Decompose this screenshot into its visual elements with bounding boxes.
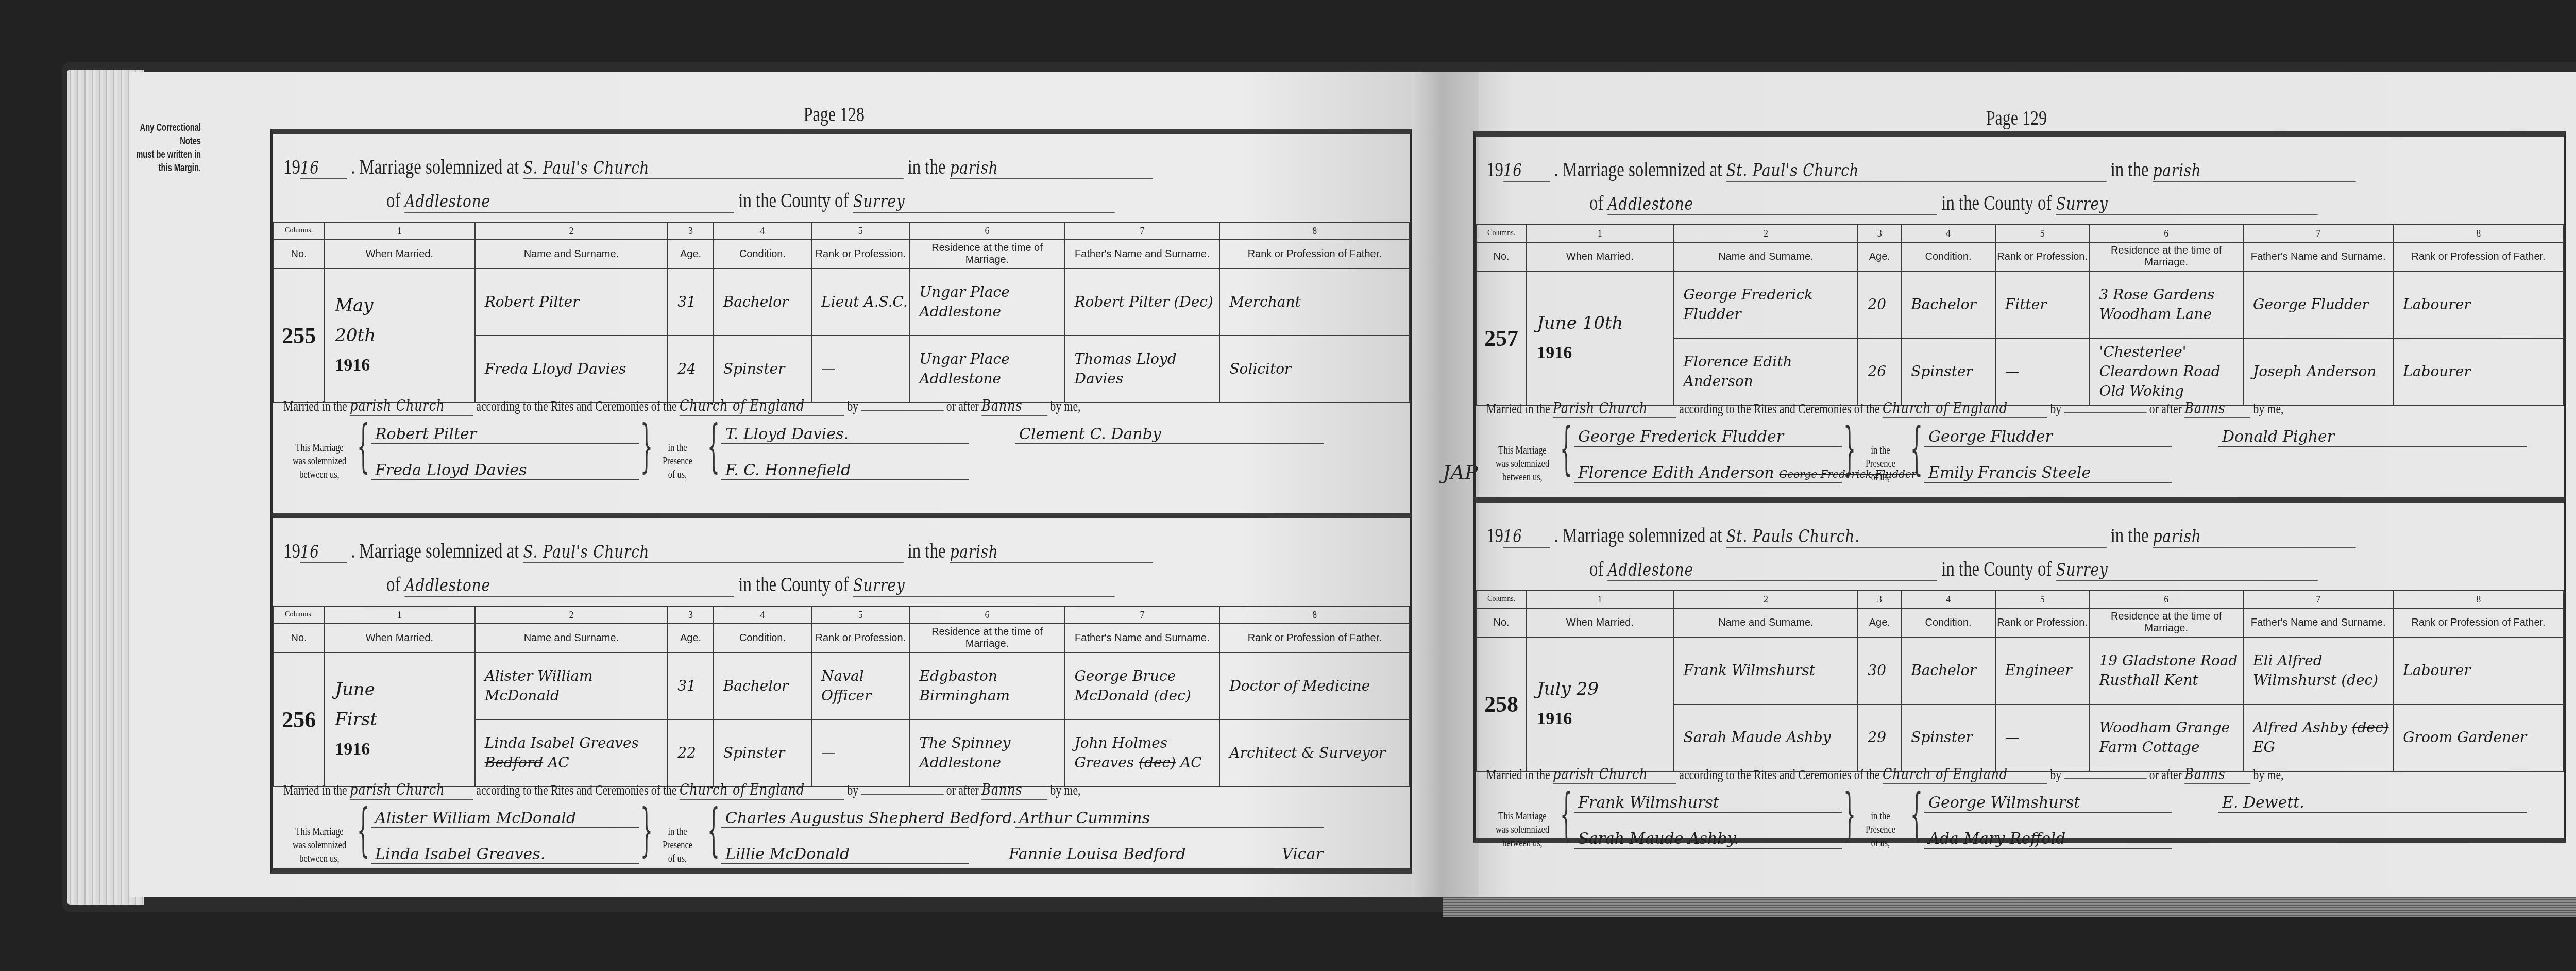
groom-signature: Alister William McDonald — [371, 809, 639, 828]
bride-residence: 'Chesterlee' Cleardown Road Old Woking — [2089, 338, 2243, 405]
groom-condition: Bachelor — [714, 269, 811, 336]
bride-father-rank: Architect & Surveyor — [1219, 719, 1410, 786]
column-number: 2 — [475, 222, 668, 240]
banns-value: Banns — [2184, 399, 2250, 418]
label-line: This Marriage — [1494, 809, 1550, 823]
column-number: Columns. — [1477, 591, 1526, 608]
correction-initials: AC — [1180, 754, 1202, 771]
entry-heading-church: 1916 . Marriage solemnized at St. Pauls … — [1486, 523, 2355, 548]
place-name: Addlestone — [1608, 194, 1938, 215]
by-label: by — [2050, 401, 2061, 416]
presence-label: in the Presence of us, — [1860, 809, 1901, 849]
married-in-label: Married in the — [283, 398, 347, 414]
label-line: Presence — [657, 838, 698, 851]
in-the-label: in the — [908, 539, 946, 562]
groom-condition: Bachelor — [714, 652, 811, 719]
column-number: 4 — [1901, 225, 1995, 242]
bride-residence: Woodham Grange Farm Cottage — [2089, 704, 2243, 771]
column-number: 2 — [1674, 591, 1858, 608]
bride-name: Sarah Maude Ashby — [1674, 704, 1858, 771]
church-name: S. Paul's Church — [523, 158, 903, 179]
bride-name: Florence Edith Anderson — [1674, 338, 1858, 405]
column-number: Columns. — [274, 606, 324, 624]
column-header: Condition. — [1901, 242, 1995, 271]
bride-rank: — — [811, 336, 909, 403]
label-line: Presence — [1860, 457, 1901, 470]
column-number-row: Columns.12345678 — [274, 222, 1410, 240]
when-married-line: 1916 — [335, 350, 474, 380]
by-licence-value — [2064, 412, 2146, 413]
marriage-entry: 1916 . Marriage solemnized at St. Pauls … — [1473, 497, 2566, 843]
groom-father-name: Eli Alfred Wilmshurst (dec) — [2243, 637, 2393, 704]
column-header: Age. — [1858, 242, 1901, 271]
of-label: of — [386, 189, 400, 212]
bride-father-text: Joseph Anderson — [2253, 363, 2376, 380]
column-header: When Married. — [1526, 608, 1673, 637]
label-line: between us, — [291, 467, 347, 481]
groom-rank: Engineer — [1995, 637, 2090, 704]
column-header: Rank or Profession. — [811, 240, 909, 269]
column-header: Name and Surname. — [1674, 242, 1858, 271]
solemnized-at-label: . Marriage solemnized at — [1554, 524, 1722, 547]
bride-father-name: John Holmes Greaves (dec) AC — [1064, 719, 1219, 786]
column-header: Name and Surname. — [475, 624, 668, 652]
column-header: Rank or Profession of Father. — [1219, 240, 1410, 269]
by-me-label: by me, — [2253, 401, 2284, 416]
groom-condition: Bachelor — [1901, 271, 1995, 338]
label-line: was solemnized — [291, 454, 347, 467]
witness-2-signature: Lillie McDonald — [721, 845, 969, 864]
entry-heading-church: 1916 . Marriage solemnized at S. Paul's … — [283, 155, 1153, 179]
column-number: 3 — [668, 222, 713, 240]
by-label: by — [2050, 767, 2061, 782]
entry-year: 16 — [300, 158, 347, 179]
right-brace: } — [1843, 789, 1856, 840]
label-line: in the — [657, 441, 698, 454]
when-married: May20th1916 — [324, 269, 474, 403]
year-prefix: 19 — [1486, 524, 1503, 547]
column-number: 4 — [714, 606, 811, 624]
bride-rank: — — [811, 719, 909, 786]
column-number: 1 — [1526, 225, 1673, 242]
bride-name-text: Freda Lloyd Davies — [485, 360, 626, 377]
by-licence-value — [2064, 778, 2146, 779]
column-number: Columns. — [1477, 225, 1526, 242]
bride-age: 22 — [668, 719, 713, 786]
column-number: 1 — [324, 222, 474, 240]
when-married-line: May — [335, 291, 474, 321]
column-number-row: Columns.12345678 — [274, 606, 1410, 624]
officiant-signature: Donald Pigher — [2218, 428, 2527, 447]
column-header: Age. — [668, 240, 713, 269]
page-number-left: Page 128 — [804, 102, 865, 126]
right-brace: } — [640, 420, 653, 472]
bride-father-text: Alfred Ashby — [2253, 719, 2347, 736]
column-header: Age. — [668, 624, 713, 652]
label-line: of us, — [657, 467, 698, 481]
book-gutter — [1412, 72, 1479, 897]
groom-signature: George Frederick Fludder — [1574, 428, 1842, 447]
column-number: 6 — [910, 222, 1065, 240]
bride-age: 26 — [1858, 338, 1901, 405]
label-line: Presence — [657, 454, 698, 467]
marriage-entry: 1916 . Marriage solemnized at St. Paul's… — [1473, 131, 2566, 497]
entry-number: 255 — [274, 269, 324, 403]
column-number: 4 — [1901, 591, 1995, 608]
when-married: June 10th1916 — [1526, 271, 1673, 405]
column-header: Name and Surname. — [1674, 608, 1858, 637]
bride-name-text: Sarah Maude Ashby — [1684, 729, 1831, 746]
presence-label: in the Presence of us, — [1860, 443, 1901, 483]
groom-age: 30 — [1858, 637, 1901, 704]
entry-heading-church: 1916 . Marriage solemnized at S. Paul's … — [283, 539, 1153, 563]
county-label: in the County of — [738, 573, 849, 596]
column-number-row: Columns.12345678 — [1477, 225, 2564, 242]
left-brace: { — [1560, 789, 1573, 840]
correction-initials: EG — [2253, 739, 2275, 756]
in-the-label: in the — [2111, 158, 2149, 181]
of-label: of — [1589, 557, 1603, 580]
column-number: 3 — [668, 606, 713, 624]
witness-2-signature: Ada Mary Reffold — [1924, 830, 2172, 849]
column-header: Name and Surname. — [475, 240, 668, 269]
label-line: Presence — [1860, 823, 1901, 836]
groom-signature: Frank Wilmshurst — [1574, 794, 1842, 813]
groom-row: 258 July 291916 Frank Wilmshurst 30 Bach… — [1477, 637, 2564, 704]
groom-name: Robert Pilter — [475, 269, 668, 336]
left-brace: { — [707, 420, 720, 472]
groom-age: 31 — [668, 269, 713, 336]
in-the-label: in the — [908, 155, 946, 178]
column-number: 8 — [2393, 591, 2564, 608]
column-header-row: No.When Married.Name and Surname.Age.Con… — [1477, 608, 2564, 637]
marriage-entry: 1916 . Marriage solemnized at S. Paul's … — [270, 513, 1412, 874]
register-table: Columns.12345678 No.When Married.Name an… — [1476, 224, 2564, 406]
label-line: between us, — [291, 851, 347, 865]
officiant-title: Vicar — [1278, 845, 1355, 863]
column-header: Residence at the time of Marriage. — [910, 624, 1065, 652]
groom-condition: Bachelor — [1901, 637, 1995, 704]
county-label: in the County of — [738, 189, 849, 212]
label-line: was solemnized — [291, 838, 347, 851]
groom-signature: Robert Pilter — [371, 425, 639, 444]
column-number: 2 — [475, 606, 668, 624]
bride-signature-text: Freda Lloyd Davies — [375, 461, 527, 479]
signature-block: This Marriage was solemnized between us,… — [1486, 789, 2568, 861]
year-prefix: 19 — [283, 539, 300, 562]
place-name: Addlestone — [1608, 560, 1938, 581]
struck-text: (dec) — [1139, 754, 1176, 771]
bride-signature-text: Florence Edith Anderson — [1578, 464, 1774, 482]
year-prefix: 19 — [283, 155, 300, 178]
column-number: 8 — [1219, 606, 1410, 624]
bride-father-text: Thomas Lloyd Davies — [1074, 350, 1176, 387]
column-header: Rank or Profession of Father. — [1219, 624, 1410, 652]
column-header: When Married. — [324, 624, 474, 652]
parish-type: parish — [2153, 526, 2356, 548]
column-header: Rank or Profession of Father. — [2393, 242, 2564, 271]
groom-age: 20 — [1858, 271, 1901, 338]
bride-signature: Linda Isabel Greaves. — [371, 845, 639, 864]
marriage-entry: 1916 . Marriage solemnized at S. Paul's … — [270, 129, 1412, 513]
left-brace: { — [357, 420, 370, 472]
column-header: Residence at the time of Marriage. — [2089, 242, 2243, 271]
between-us-label: This Marriage was solemnized between us, — [1494, 443, 1550, 483]
groom-row: 255 May20th1916 Robert Pilter 31 Bachelo… — [274, 269, 1410, 336]
bride-father-rank: Groom Gardener — [2393, 704, 2564, 771]
of-label: of — [1589, 191, 1603, 214]
entry-heading-place: of Addlestone in the County of Surrey — [1589, 557, 2318, 581]
column-header: Father's Name and Surname. — [1064, 240, 1219, 269]
label-line: This Marriage — [291, 441, 347, 454]
presence-label: in the Presence of us, — [657, 825, 698, 865]
county-name: Surrey — [2056, 560, 2318, 581]
when-married-line: June 10th — [1537, 308, 1673, 338]
rites-value: Church of England — [680, 781, 844, 800]
according-to-label: according to the Rites and Ceremonies of… — [476, 398, 676, 414]
groom-father-rank: Labourer — [2393, 271, 2564, 338]
parish-type: parish — [2153, 160, 2356, 182]
county-name: Surrey — [853, 575, 1115, 597]
or-after-label: or after — [946, 398, 979, 414]
bride-rank: — — [1995, 338, 2090, 405]
column-number: 5 — [1995, 591, 2090, 608]
county-label: in the County of — [1941, 557, 2052, 580]
church-name: St. Paul's Church — [1726, 160, 2106, 182]
when-married-line: First — [335, 705, 474, 734]
label-line: in the — [1860, 809, 1901, 823]
bride-name-text: Linda Isabel Greaves — [485, 734, 639, 751]
left-brace: { — [1910, 423, 1923, 474]
of-label: of — [386, 573, 400, 596]
column-number: 1 — [324, 606, 474, 624]
entry-number: 256 — [274, 652, 324, 786]
according-to-label: according to the Rites and Ceremonies of… — [1679, 401, 1879, 416]
groom-row: 256 JuneFirst1916 Alister William McDona… — [274, 652, 1410, 719]
banns-value: Banns — [2184, 765, 2250, 784]
register-table: Columns.12345678 No.When Married.Name an… — [273, 222, 1410, 403]
column-number: 7 — [2243, 225, 2393, 242]
column-header: Rank or Profession of Father. — [2393, 608, 2564, 637]
column-number: Columns. — [274, 222, 324, 240]
column-header-row: No.When Married.Name and Surname.Age.Con… — [1477, 242, 2564, 271]
place-name: Addlestone — [405, 191, 735, 213]
column-number: 3 — [1858, 591, 1901, 608]
bride-signature: Sarah Maude Ashby. — [1574, 830, 1842, 849]
page-edges-bottom — [1443, 897, 2576, 917]
groom-father-name: George Fludder — [2243, 271, 2393, 338]
witness-1-signature: Charles Augustus Shepherd Bedford. — [721, 809, 969, 828]
when-married-line: July 29 — [1537, 674, 1673, 704]
column-header: Condition. — [714, 624, 811, 652]
between-us-label: This Marriage was solemnized between us, — [291, 825, 347, 865]
rites-line: Married in the parish Church according t… — [283, 397, 1080, 416]
groom-name: Frank Wilmshurst — [1674, 637, 1858, 704]
when-married: July 291916 — [1526, 637, 1673, 771]
label-line: was solemnized — [1494, 457, 1550, 470]
groom-residence: 3 Rose Gardens Woodham Lane — [2089, 271, 2243, 338]
column-number: 8 — [2393, 225, 2564, 242]
label-line: was solemnized — [1494, 823, 1550, 836]
entry-heading-place: of Addlestone in the County of Surrey — [386, 572, 1115, 597]
column-header: Father's Name and Surname. — [1064, 624, 1219, 652]
column-header: No. — [1477, 608, 1526, 637]
column-number: 5 — [811, 222, 909, 240]
between-us-label: This Marriage was solemnized between us, — [1494, 809, 1550, 849]
county-name: Surrey — [2056, 194, 2318, 215]
presence-label: in the Presence of us, — [657, 441, 698, 481]
bride-condition: Spinster — [714, 336, 811, 403]
county-name: Surrey — [853, 191, 1115, 213]
bride-name-text: Florence Edith Anderson — [1684, 353, 1792, 390]
bride-age: 29 — [1858, 704, 1901, 771]
column-number: 5 — [1995, 225, 2090, 242]
label-line: of us, — [1860, 470, 1901, 483]
column-header: Rank or Profession. — [811, 624, 909, 652]
label-line: in the — [657, 825, 698, 838]
by-licence-value — [861, 794, 943, 795]
parish-type: parish — [950, 158, 1153, 179]
column-header: When Married. — [324, 240, 474, 269]
bride-condition: Spinster — [714, 719, 811, 786]
column-header: Father's Name and Surname. — [2243, 242, 2393, 271]
left-brace: { — [1560, 423, 1573, 474]
column-number-row: Columns.12345678 — [1477, 591, 2564, 608]
bride-signature-text: Sarah Maude Ashby. — [1578, 830, 1739, 848]
column-header-row: No.When Married.Name and Surname.Age.Con… — [274, 624, 1410, 652]
officiant-signature: Clement C. Danby — [1015, 425, 1324, 444]
solemnized-at-label: . Marriage solemnized at — [1554, 158, 1722, 181]
column-header: Rank or Profession. — [1995, 242, 2090, 271]
column-number: 7 — [1064, 222, 1219, 240]
struck-text: (dec) — [2352, 719, 2389, 736]
witness-1-signature: T. Lloyd Davies. — [721, 425, 969, 444]
married-in-label: Married in the — [1486, 401, 1550, 416]
column-number: 7 — [2243, 591, 2393, 608]
rites-line: Married in the Parish Church according t… — [1486, 399, 2283, 418]
label-line: This Marriage — [291, 825, 347, 838]
label-line: between us, — [1494, 836, 1550, 849]
correction-initials: AC — [548, 754, 569, 771]
column-header: Condition. — [714, 240, 811, 269]
entry-year: 16 — [300, 542, 347, 563]
label-line: of us, — [657, 851, 698, 865]
by-label: by — [847, 398, 858, 414]
bride-signature: Freda Lloyd Davies — [371, 461, 639, 480]
left-brace: { — [1910, 789, 1923, 840]
gutter-initials-mark: JAP — [1443, 461, 1478, 484]
bride-condition: Spinster — [1901, 704, 1995, 771]
bride-condition: Spinster — [1901, 338, 1995, 405]
column-header: Condition. — [1901, 608, 1995, 637]
witness-1-signature: George Fludder — [1924, 428, 2172, 447]
column-number: 5 — [811, 606, 909, 624]
groom-residence: 19 Gladstone Road Rusthall Kent — [2089, 637, 2243, 704]
solemnized-at-label: . Marriage solemnized at — [351, 539, 519, 562]
label-line: between us, — [1494, 470, 1550, 483]
entry-year: 16 — [1503, 526, 1550, 548]
entry-heading-church: 1916 . Marriage solemnized at St. Paul's… — [1486, 157, 2355, 182]
when-married-line: 1916 — [1537, 704, 1673, 734]
witness-2-signature: F. C. Honnefield — [721, 461, 969, 480]
column-header-row: No.When Married.Name and Surname.Age.Con… — [274, 240, 1410, 269]
entry-number: 257 — [1477, 271, 1526, 405]
bride-father-name: Thomas Lloyd Davies — [1064, 336, 1219, 403]
column-number: 6 — [2089, 591, 2243, 608]
right-brace: } — [1843, 423, 1856, 474]
year-prefix: 19 — [1486, 158, 1503, 181]
column-number: 2 — [1674, 225, 1858, 242]
column-number: 8 — [1219, 222, 1410, 240]
groom-name: George Frederick Fludder — [1674, 271, 1858, 338]
when-married: JuneFirst1916 — [324, 652, 474, 786]
when-married-line: 1916 — [1537, 338, 1673, 368]
column-header: No. — [274, 240, 324, 269]
column-number: 6 — [2089, 225, 2243, 242]
column-header: Residence at the time of Marriage. — [910, 240, 1065, 269]
groom-father-rank: Doctor of Medicine — [1219, 652, 1410, 719]
by-me-label: by me, — [1050, 782, 1081, 798]
groom-residence: Edgbaston Birmingham — [910, 652, 1065, 719]
column-header: Residence at the time of Marriage. — [2089, 608, 2243, 637]
groom-father-rank: Labourer — [2393, 637, 2564, 704]
column-header: No. — [274, 624, 324, 652]
or-after-label: or after — [2149, 401, 2182, 416]
groom-father-name: Robert Pilter (Dec) — [1064, 269, 1219, 336]
or-after-label: or after — [946, 782, 979, 798]
witness-2-signature: Emily Francis Steele — [1924, 464, 2172, 483]
or-after-label: or after — [2149, 767, 2182, 782]
entry-heading-place: of Addlestone in the County of Surrey — [1589, 191, 2318, 215]
column-number: 1 — [1526, 591, 1673, 608]
page-number-right: Page 129 — [1986, 106, 2047, 130]
bride-father-name: Joseph Anderson — [2243, 338, 2393, 405]
column-header: When Married. — [1526, 242, 1673, 271]
left-brace: { — [357, 804, 370, 856]
place-name: Addlestone — [405, 575, 735, 597]
married-in-label: Married in the — [283, 782, 347, 798]
witness-3-signature: Fannie Louisa Bedford — [1005, 845, 1262, 863]
county-label: in the County of — [1941, 191, 2052, 214]
according-to-label: according to the Rites and Ceremonies of… — [1679, 767, 1879, 782]
correctional-notes-margin-left: Any Correctional Notes must be written i… — [118, 121, 201, 175]
entry-number: 258 — [1477, 637, 1526, 771]
rites-value: Church of England — [680, 397, 844, 416]
groom-row: 257 June 10th1916 George Frederick Fludd… — [1477, 271, 2564, 338]
entry-year: 16 — [1503, 160, 1550, 182]
rites-line: Married in the parish Church according t… — [1486, 765, 2283, 784]
label-line: This Marriage — [1494, 443, 1550, 457]
bride-name: Freda Lloyd Davies — [475, 336, 668, 403]
left-brace: { — [707, 804, 720, 856]
banns-value: Banns — [981, 781, 1047, 800]
rites-value: Church of England — [1883, 399, 2047, 418]
register-table: Columns.12345678 No.When Married.Name an… — [273, 606, 1410, 787]
parish-type: parish — [950, 542, 1153, 563]
column-number: 3 — [1858, 225, 1901, 242]
register-table: Columns.12345678 No.When Married.Name an… — [1476, 590, 2564, 772]
bride-signature-text: Linda Isabel Greaves. — [375, 845, 545, 863]
officiant-signature: Arthur Cummins — [1015, 809, 1324, 828]
margin-note-line: Any Correctional Notes — [118, 121, 201, 148]
column-number: 7 — [1064, 606, 1219, 624]
signature-block: This Marriage was solemnized between us,… — [283, 804, 1365, 876]
groom-father-name: George Bruce McDonald (dec) — [1064, 652, 1219, 719]
bride-father-rank: Labourer — [2393, 338, 2564, 405]
by-label: by — [847, 782, 858, 798]
groom-name: Alister William McDonald — [475, 652, 668, 719]
right-brace: } — [640, 804, 653, 856]
